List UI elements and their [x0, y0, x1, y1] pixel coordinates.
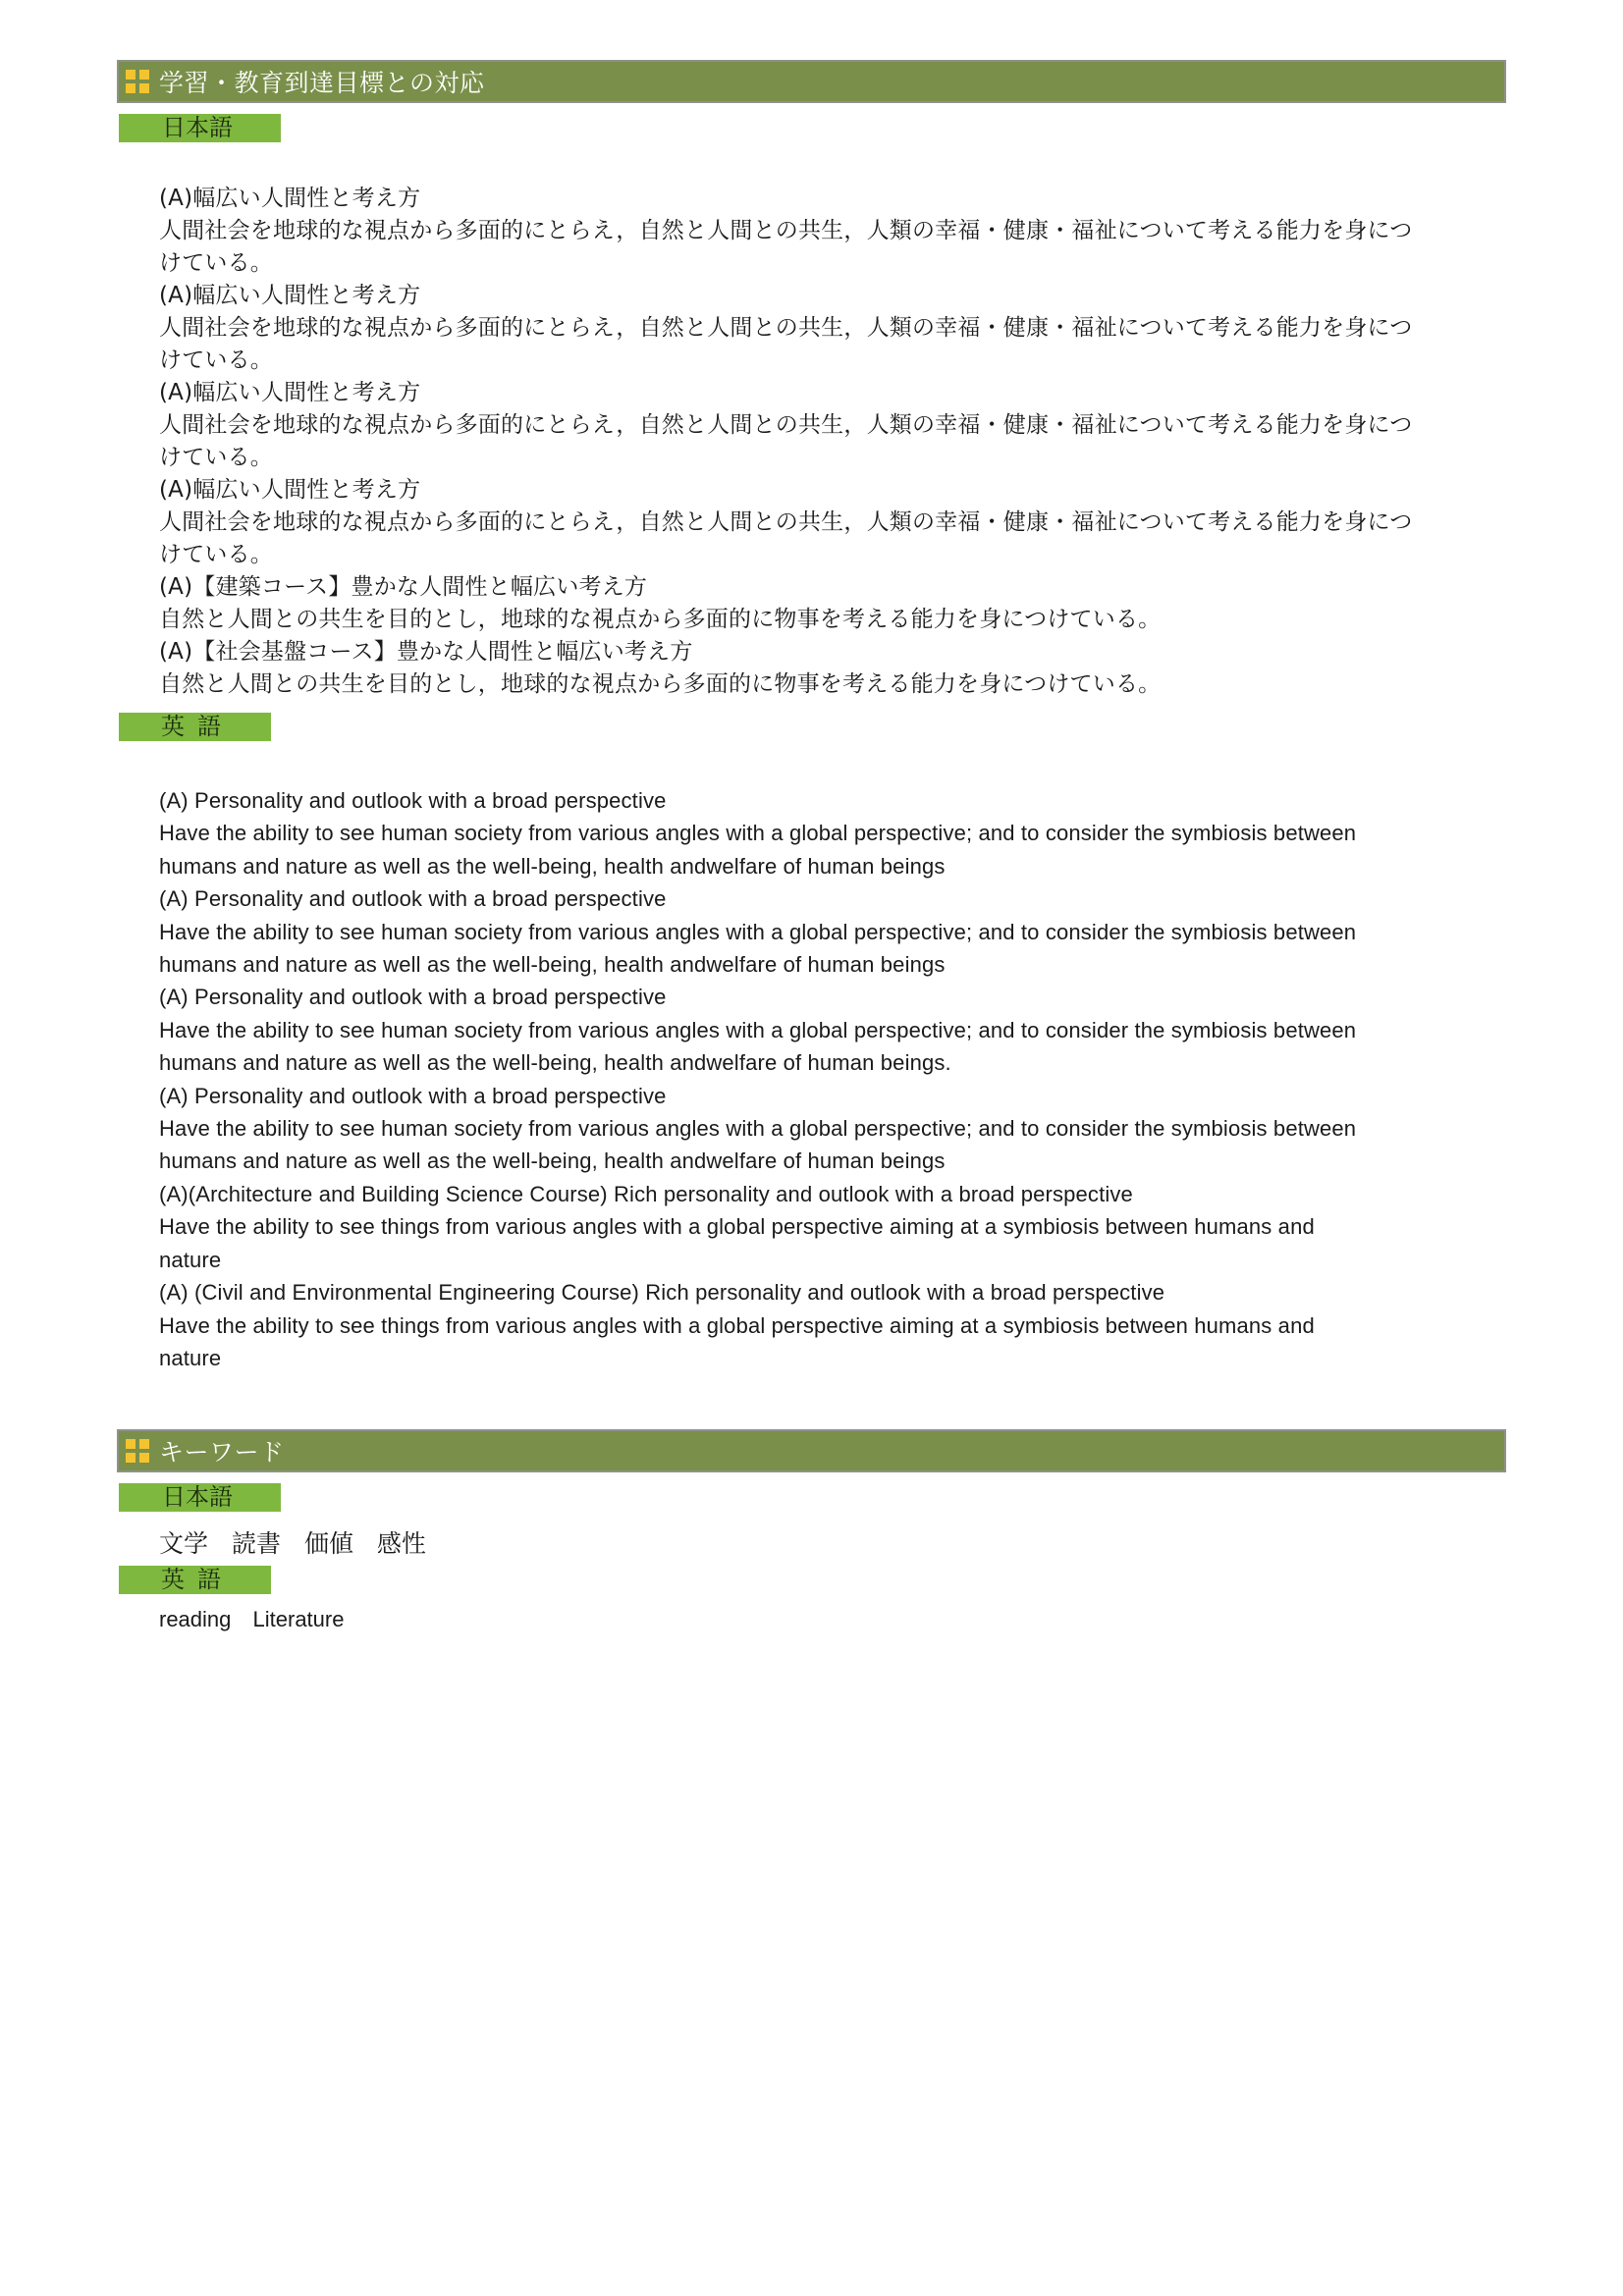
goals-english-text: (A) Personality and outlook with a broad… [159, 784, 1504, 1374]
text-line: けている。 [159, 345, 1504, 377]
section-title: 学習・教育到達目標との対応 [159, 64, 485, 99]
text-line: Have the ability to see human society fr… [159, 817, 1504, 849]
text-line: 人間社会を地球的な視点から多面的にとらえ，自然と人間との共生，人類の幸福・健康・… [159, 409, 1504, 442]
text-line: (A)幅広い人間性と考え方 [159, 377, 1504, 409]
language-label-japanese: 日本語 [119, 114, 281, 142]
text-line: Have the ability to see things from vari… [159, 1309, 1504, 1342]
text-line: 人間社会を地球的な視点から多面的にとらえ，自然と人間との共生，人類の幸福・健康・… [159, 215, 1504, 247]
text-line: 自然と人間との共生を目的とし，地球的な視点から多面的に物事を考える能力を身につけ… [159, 604, 1504, 636]
text-line: (A)【社会基盤コース】豊かな人間性と幅広い考え方 [159, 636, 1504, 668]
keyword: Literature [253, 1607, 345, 1631]
section-header-goals: 学習・教育到達目標との対応 [117, 60, 1506, 103]
text-line: (A) (Civil and Environmental Engineering… [159, 1276, 1504, 1308]
language-label-english: 英語 [119, 713, 271, 741]
text-line: けている。 [159, 539, 1504, 571]
text-line: humans and nature as well as the well-be… [159, 1145, 1504, 1177]
section-header-keywords: キーワード [117, 1429, 1506, 1472]
text-line: (A) Personality and outlook with a broad… [159, 784, 1504, 817]
text-line: Have the ability to see human society fr… [159, 1014, 1504, 1046]
keyword: 価値 [304, 1529, 353, 1558]
language-label-japanese: 日本語 [119, 1483, 281, 1512]
text-line: (A)(Architecture and Building Science Co… [159, 1178, 1504, 1210]
text-line: (A)幅広い人間性と考え方 [159, 280, 1504, 312]
text-line: (A)【建築コース】豊かな人間性と幅広い考え方 [159, 571, 1504, 604]
text-line: 人間社会を地球的な視点から多面的にとらえ，自然と人間との共生，人類の幸福・健康・… [159, 312, 1504, 345]
section-title: キーワード [159, 1433, 285, 1468]
text-line: (A) Personality and outlook with a broad… [159, 1080, 1504, 1112]
text-line: けている。 [159, 247, 1504, 280]
text-line: (A) Personality and outlook with a broad… [159, 981, 1504, 1013]
keyword: reading [159, 1607, 231, 1631]
text-line: humans and nature as well as the well-be… [159, 850, 1504, 882]
text-line: Have the ability to see human society fr… [159, 916, 1504, 948]
text-line: nature [159, 1244, 1504, 1276]
grid-squares-icon [126, 1439, 149, 1463]
grid-squares-icon [126, 70, 149, 93]
keyword: 読書 [232, 1529, 281, 1558]
text-line: (A) Personality and outlook with a broad… [159, 882, 1504, 915]
text-line: Have the ability to see human society fr… [159, 1112, 1504, 1145]
text-line: 自然と人間との共生を目的とし，地球的な視点から多面的に物事を考える能力を身につけ… [159, 668, 1504, 701]
text-line: 人間社会を地球的な視点から多面的にとらえ，自然と人間との共生，人類の幸福・健康・… [159, 507, 1504, 539]
text-line: humans and nature as well as the well-be… [159, 948, 1504, 981]
text-line: Have the ability to see things from vari… [159, 1210, 1504, 1243]
keyword: 感性 [377, 1529, 426, 1558]
goals-japanese-text: (A)幅広い人間性と考え方 人間社会を地球的な視点から多面的にとらえ，自然と人間… [159, 183, 1504, 701]
keywords-english: reading Literature [159, 1607, 359, 1632]
text-line: けている。 [159, 442, 1504, 474]
keywords-japanese: 文学 読書 価値 感性 [159, 1524, 442, 1560]
text-line: (A)幅広い人間性と考え方 [159, 474, 1504, 507]
text-line: humans and nature as well as the well-be… [159, 1046, 1504, 1079]
language-label-english: 英語 [119, 1566, 271, 1594]
text-line: nature [159, 1342, 1504, 1374]
text-line: (A)幅広い人間性と考え方 [159, 183, 1504, 215]
keyword: 文学 [159, 1529, 208, 1558]
